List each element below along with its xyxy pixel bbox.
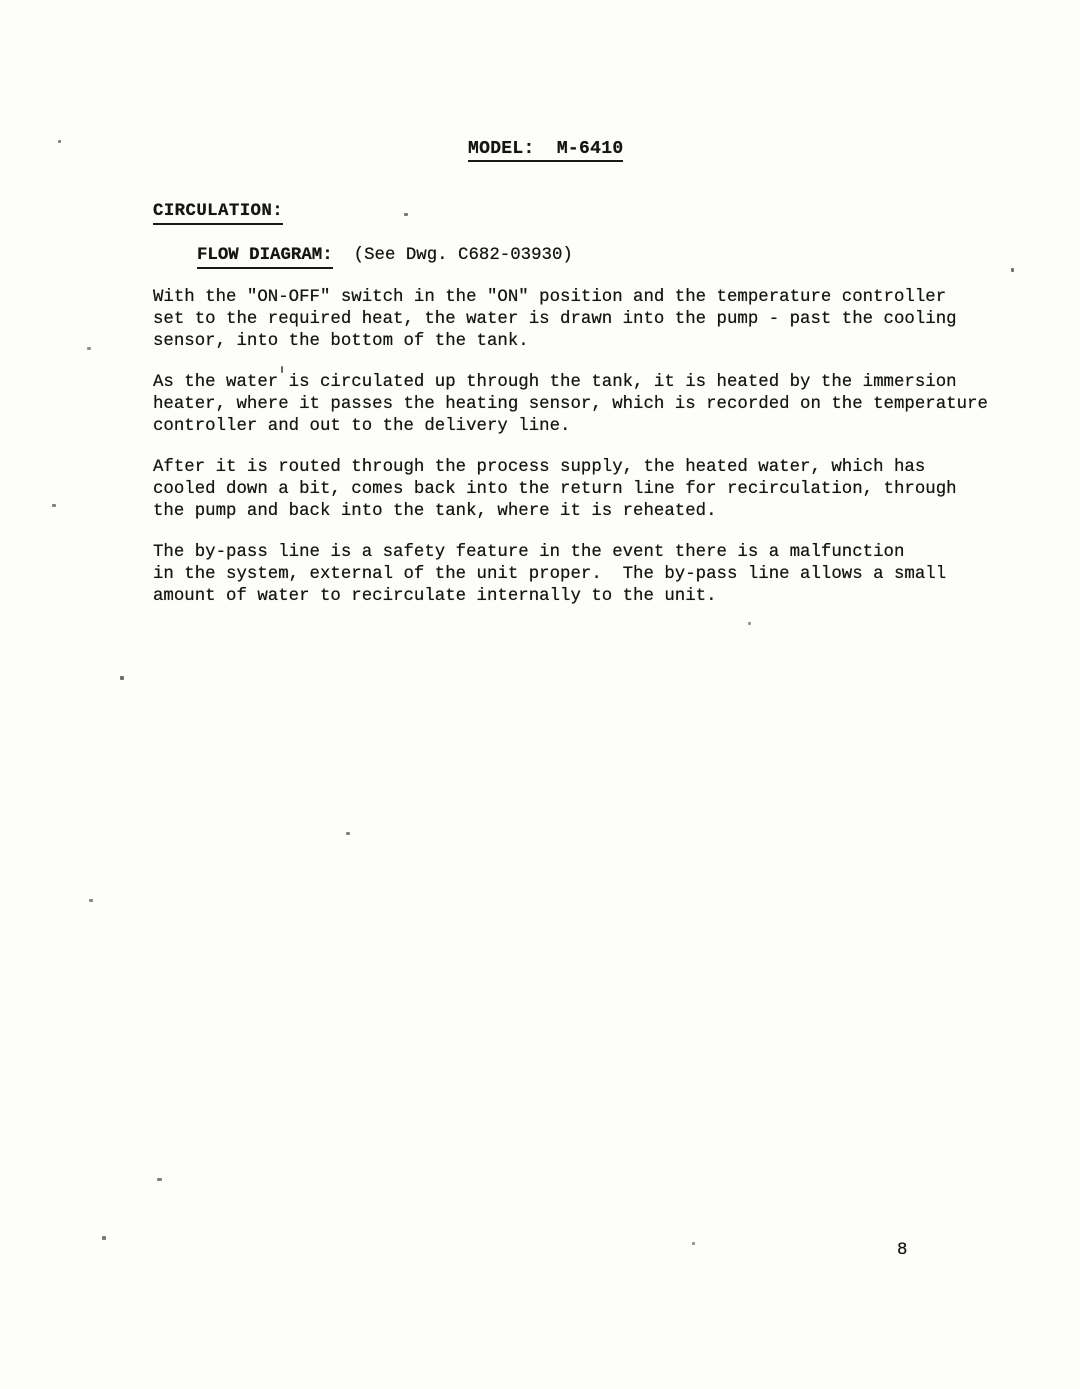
page-title-text: MODEL: M-6410: [468, 139, 623, 162]
paragraph-4: The by-pass line is a safety feature in …: [153, 542, 1053, 608]
paragraph-3: After it is routed through the process s…: [153, 457, 1053, 523]
page-number: 8: [897, 1241, 907, 1260]
flow-diagram-reference: (See Dwg. C682-03930): [354, 246, 573, 265]
section-heading-text: CIRCULATION:: [153, 202, 283, 225]
scan-speck: [281, 366, 283, 373]
scan-speck: [404, 213, 408, 216]
paragraph-1: With the "ON-OFF" switch in the "ON" pos…: [153, 287, 1053, 353]
scan-speck: [692, 1242, 695, 1245]
paragraph-2: As the water is circulated up through th…: [153, 372, 1053, 438]
scan-speck: [87, 347, 91, 350]
section-heading: CIRCULATION:: [153, 202, 283, 225]
scan-speck: [346, 832, 350, 835]
flow-diagram-label: FLOW DIAGRAM:: [197, 246, 333, 269]
scan-speck: [102, 1236, 106, 1240]
scan-speck: [120, 676, 124, 680]
scanned-page: MODEL: M-6410 CIRCULATION: FLOW DIAGRAM:…: [0, 0, 1080, 1389]
scan-speck: [748, 622, 751, 625]
subsection-line: FLOW DIAGRAM:(See Dwg. C682-03930): [197, 246, 573, 269]
page-title: MODEL: M-6410: [468, 139, 623, 162]
scan-speck: [157, 1178, 162, 1181]
scan-speck: [89, 899, 93, 902]
scan-speck: [58, 140, 61, 143]
body-text: With the "ON-OFF" switch in the "ON" pos…: [153, 287, 1053, 627]
scan-speck: [1011, 268, 1014, 272]
scan-speck: [52, 504, 56, 507]
